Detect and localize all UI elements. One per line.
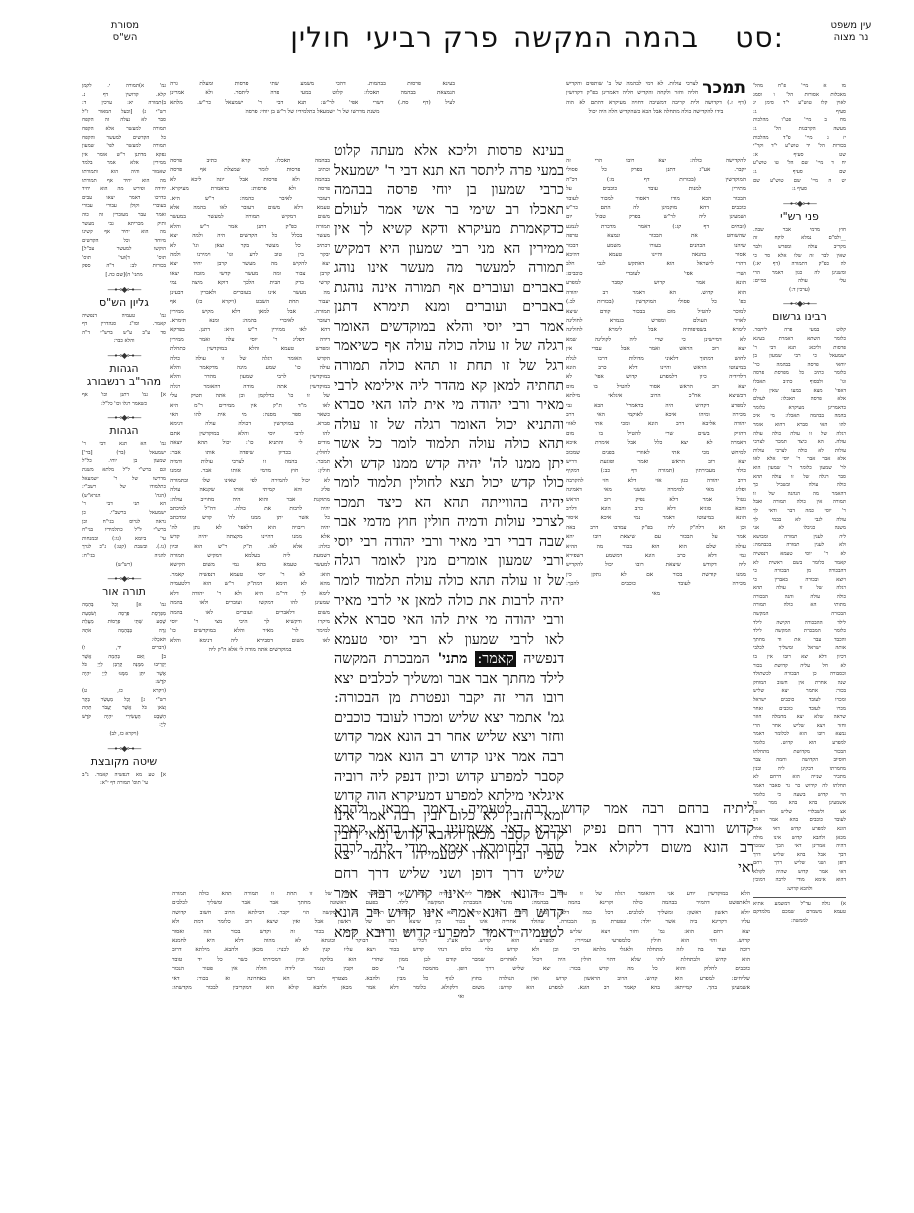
ornament-divider: —⊷◆⊶—	[753, 299, 846, 308]
tosafot-line: דכשיצא אח"כ הרוב איגלאי מילתא	[566, 392, 746, 401]
gershom-line: אותה ישראל ומשליך לכלבי	[753, 644, 846, 653]
rashi-line: מיקרו ודקשיא לך היכי מצי ר' יוסי	[170, 618, 330, 627]
shita-line: א] טע מא דנפשיה קאמר. ג"ב	[82, 771, 166, 780]
gershom-line: רגלה של זו עולה כולה עולה	[753, 430, 846, 439]
mesoret-line: בעוברי וקולן עבורי עבורי	[82, 202, 166, 211]
gemara-line: כולו קדש יכול תצא לחולין תלמוד לומר	[334, 474, 564, 494]
gershom-line: כדאמרינן מעיקרא כלומר	[753, 404, 846, 413]
gemara-line: ורבי יהודה מי אית להו האי סברא אלא	[334, 611, 564, 631]
mesoret-line: מיוחד וכל הקדשים	[82, 237, 166, 246]
gemara-line: כרבי שמעון בן יוחי פרסה בבהמה	[334, 181, 564, 201]
hagahot-line: להגיה בגי"ח:	[82, 552, 166, 561]
tosafot-line: שיהנו הכהנים בעורו משמע דבכור	[566, 242, 746, 251]
rashi-line: משום דלאברים ועוברים לאו בהמה	[170, 609, 330, 618]
hagahot-line: שמעון בן יוחי. כל"ל	[82, 457, 166, 466]
rashi-line: הוא: לא ר' יוסי טעמא דנפשיה קאמר.	[170, 571, 330, 580]
rabbeinu-gershom: קלוט במעי פרה ליתסר.כלומר השתא דאמרת בעי…	[753, 326, 846, 893]
gemara-line: תהא כולה עולה תלמוד לומר כל אשר	[334, 435, 564, 455]
ein-mishpat-line: סעיף ג:	[753, 185, 846, 194]
gemara-line: לילד מחתך אבר אבר ומשליך לכלבים יצא	[334, 670, 564, 690]
bottom-commentary-line: קדוש. והוי הוא חולין כלמפרעי ועמיירי: למ…	[172, 937, 750, 946]
ein-mishpat-line: מז א מיי' פ"ח מהל'	[753, 82, 846, 91]
bottom-commentary-line: יולא ראשון ראשון: ומשליך לכלבים. דכל כמה…	[172, 909, 750, 918]
tosafot-line: יצא רוב הראש ואמר ופוגעת דריש	[566, 458, 746, 467]
mesoret-line: שאמור והיה הוא ותמורתו	[82, 168, 166, 177]
gilyon-line: סד ע"ב ע"ש ברש"י ד"ה	[82, 329, 166, 338]
gemara-line: לצרכי עולות ודמיה חולין חוץ מדמי אבר	[334, 513, 564, 533]
gemara-line: יהיה בהווייתה תהא הא כיצד תמכר	[334, 494, 564, 514]
gershom-line: לא ר' יוסי טעמא דנפשיה	[753, 550, 846, 559]
pnei-rashi-line: לה כפ"ק דתמורה (דף יא:)	[753, 260, 846, 269]
gemara-line: של זו עולה תהא כולה עולה תלמוד לומר	[334, 572, 564, 592]
pnei-rashi-line: __ולס"ם נמלא לוקח זה	[753, 234, 846, 243]
rabbeinu-gershom-title: רבינו גרשום	[753, 310, 846, 323]
mesoret-line: ב)תמורה יא: ערכין ד:	[82, 99, 166, 108]
tosafot-line: יהודה אליבא דרב הונא ומכי אתי לאווי	[566, 420, 746, 429]
tosafot-line: נטול אמר דלא נפיק רוב הראש	[566, 496, 746, 505]
tosafot-line: אמר על הבכור עם שיצאת רובו יהא	[566, 533, 746, 542]
rashi-line: במוקדשים אתה מודה לי אלא ה"ק ליה	[170, 646, 330, 655]
gemara-line: רבה אמר אינו קדוש רב הונא אמר קדוש	[334, 748, 564, 768]
pnei-rashi-line: עלי עולה כמיים:	[753, 277, 846, 286]
gershom-line: הונא למפרע קדוש דאי אמר	[753, 825, 846, 834]
gershom-line: לעובד כוכבים בהא אמר רב	[753, 816, 846, 825]
gershom-line: סבר רגלה של זו עולה תהא	[753, 473, 846, 482]
gershom-line: ולא לענין תמורה בכבהמה:	[753, 541, 846, 550]
gemara-line: באברים ועוברים אף תמורה אינה נוהגת	[334, 279, 564, 299]
right-margin-title: עין משפט נר מצוה	[816, 20, 886, 44]
rashi-line: דעובר לאיברי בהמה: ומנא תימרא.	[170, 317, 330, 326]
gershom-line: דהאמר מה הנהגה של זו	[753, 490, 846, 499]
hagahot-line: (נו.). ובשבת (קט:) ג"כ לנרך	[82, 543, 166, 552]
rashi-line: כולה: אלא לאו. ת"ק ר"ש הוא וכיון	[170, 543, 330, 552]
chapter-name: בהמה המקשה	[513, 18, 699, 58]
rashi-line: יהיה לרבות את כולה. דה"ל למיכתב	[170, 505, 330, 514]
rashi-intro-line: לעיל (דף סח.) דשרי אפי' לר"ש: תנא דבי ר'…	[170, 99, 455, 108]
mesoret-line: סבר לא נצלה זה הקפח	[82, 116, 166, 125]
rashi-line: דשמעת ליה בעלמא דמקיש תמורה	[170, 552, 330, 561]
mesoret-line: ותיק מכריתא גבי מעשר	[82, 220, 166, 229]
rashi-line: קדשי בדק הבית הלכך דוקא מיצה נמי	[170, 279, 330, 288]
rashi-line: למימר לר' מאיר והלא במוקדשים כו'	[170, 627, 330, 636]
rashi-line: מתוקנת אבר והוא היה מחוייב עולה:	[170, 496, 330, 505]
rashi-line: דכתיב כל מעשר בקר וצאן וגו' לא	[170, 242, 330, 251]
hagahot-line: כתלמודו של רשב"י:	[82, 483, 166, 492]
tosafot-intro-line: בידו להקדישה כולה מתחלה אבל הכא כשהקדיש …	[566, 108, 746, 117]
gemara-line: יהיה לרבות את כולה למאן אי לרבי מאיר	[334, 592, 564, 612]
mesoret-line: קלא. קדושין דף נ.	[82, 91, 166, 100]
rashi-line: סברא. במוקדשין דכולה עולה דנימא	[170, 420, 330, 429]
gemara-line: לאו לרבי שמעון לא רבי יוסי טעמא	[334, 631, 564, 651]
gershom-line: עולה. הא כיצד תמכר לצרכי	[753, 438, 846, 447]
ein-mishpat-line: מעשה הקרבנות הל' ג:	[753, 125, 846, 134]
rashi-line: יהיה ריבויה הוא דלאפי' לא נתן לה'	[170, 524, 330, 533]
gershom-line: ומכרו לעובד כוכבים ישראל	[753, 696, 846, 705]
rashi-line: וכתיב פרסות לומר שמצלת אף פרסה	[170, 166, 330, 175]
torah-or-line: מַפְרֶסֶת פַּרְסָה וְשֹׁסַעַת	[82, 610, 166, 619]
ornament-divider: —⊷◆⊶—	[82, 744, 166, 753]
gershom-line: דהיה אמרינן דאי הבך שמכר	[753, 842, 846, 851]
bottom-commentary-line: הלא במוקדשין יודע אני דהאומר רגלה של זו …	[172, 890, 750, 899]
chapter-number: פרק רביעי	[366, 18, 499, 58]
gershom-line: להו האי סברא דהוא אומר	[753, 421, 846, 430]
tosafot-line: הונא במיעוטו דאמר נמי איכא איסור	[566, 514, 746, 523]
tosafot-start-word: תמכר	[702, 80, 746, 96]
rashi-intro: בעינא פרסות בבהמות. דהכי משמע שתי פרסות …	[170, 80, 455, 118]
gershom-line: תמורה אין כולה תמורה ואבל	[753, 498, 846, 507]
tosafot-line: דרב יהודה כגון אזי דלא חזי להקרבה	[566, 477, 746, 486]
tosafot-line: כפ' כל פסולי המוקדשין (בכורות לב.)	[566, 298, 746, 307]
bottom-commentary-line: יצא רחם הוא: גמ' וחזר ויצא שליש אחר. והו…	[172, 928, 750, 937]
gershom-line: מתכיר שנייה הוא דרחם לא	[753, 773, 846, 782]
gershom-line: דהבכורה מן הבכורה כי	[753, 567, 846, 576]
tosafot-line: דהרי לישראל הוא דאתקש לגבי חלב	[566, 260, 746, 269]
torah-or-line: (דברים יד, ו)	[82, 644, 166, 653]
ein-mishpat: מז א מיי' פ"ח מהל'מאכלות אסורות הל' ו וס…	[753, 82, 846, 194]
tosafot-line: הבכור הכא מודו דאסור למכור לעובד	[566, 195, 746, 204]
rashi-body: בבהמה תאכלו. קרא כתיב פרסהוכתיב פרסות לו…	[170, 157, 330, 656]
tosafot-line: עולה שלם הוא הוא בכור מה ההיא	[566, 543, 746, 552]
rashi-line: דעובר לאיבר כהמה: ר"ש היא.	[170, 195, 330, 204]
hagahot-line: עי' ביומא (נו:) ובמנחות	[82, 535, 166, 544]
tosafot-line: יצא רוב הראש ואמר אבל עבדי אין	[566, 345, 746, 354]
torah-or-line: גֵּרָה בַּבְּהֵמָה אֹתָהּ	[82, 627, 166, 636]
tosafot-line: ליה דקודש שיצאת רובו יכול להקדיש	[566, 561, 746, 570]
shita-mekubetzet: א] טע מא דנפשיה קאמר. ג"בעי' תוס' תמורה …	[82, 771, 166, 788]
ein-mishpat-line: לאוין קלו טוש"ע י"ד סימן יג	[753, 99, 846, 108]
gershom-line: ויוצא ובכורה באברין כי	[753, 576, 846, 585]
gershom-line: אלא פרסה תאכלו: לעולם	[753, 395, 846, 404]
mesoret-line: גמ' א)תמורה י. לקמן	[82, 82, 166, 91]
gemara-line: תאכלו רב שימי בר אשי אמר לעולם	[334, 201, 564, 221]
rashi-line: למעשר טעמא בהא נמי משום הקישא	[170, 561, 330, 570]
tosafot-line: מאי	[566, 590, 746, 599]
hagahot-line: גמ' הא תנא דבי ר'	[82, 440, 166, 449]
tosafot-line: מתירין למנות עובד כוכבים על	[566, 185, 746, 194]
torah-or-line: תֹּאכֵלוּ:	[82, 636, 166, 645]
tosafot-line: דלדידיה כיון דלמפרע קדוש אפי' לא	[566, 373, 746, 382]
ornament-divider: —⊷◆⊶—	[82, 285, 166, 294]
gershom-line: לר' שמעון כלומר ר' שמעון הוא	[753, 464, 846, 473]
gemara-line: בעינא פרסות וליכא אלא מעתה קלוט	[334, 142, 564, 162]
rashi-line: דהא לאו ממירין ר"ש היא: דתנן. בפרקא	[170, 326, 330, 335]
gemara-line: כדקאמרת מעיקרא ודקא קשיא לך אין	[334, 220, 564, 240]
tosafot-line: אסור בהנאה והיינו טעמא דהיכא	[566, 251, 746, 260]
rashi-line: תמכר. בהמה זו לצרכי עולות ודמיה	[170, 458, 330, 467]
gershom-line: רגלה של זו עולה תהא	[753, 584, 846, 593]
rashi-line: לחולין. בכדיון שיפדה אותו אבר:	[170, 449, 330, 458]
tosafot-line: למיחש מכי אתי לאוורי בפנים שמכוב	[566, 449, 746, 458]
gershom-line: בהמה בבהמה תאכלו: מי איכ	[753, 412, 846, 421]
gershom-line: יוחאי פרסה בבהמה כר'	[753, 361, 846, 370]
hagahot-line: ישמעאל (בר) [בר']	[82, 449, 166, 458]
gershom-line: הוי קדוש בשעה כי כלומר	[753, 791, 846, 800]
mesoret-line: כדרכו דאמר יצאו עבים	[82, 194, 166, 203]
rashi-line: לא יכול להמירה לפי שאינו שלו ובתמורה	[170, 477, 330, 486]
right-margin-column: מז א מיי' פ"ח מהל'מאכלות אסורות הל' ו וס…	[753, 82, 846, 925]
tosafot-line: לימרא בשפיפותיה אבל לימרא לחולינה	[566, 326, 746, 335]
tosafot-line: ופליג מאי למימרה ומשני מאי דאמינה	[566, 486, 746, 495]
tosafot-line: יקבר. אע"ג דתנן בפרק כל פסולי	[566, 166, 746, 175]
tosafot-line: והכא סוגיא דלא כרב הונא דלרב	[566, 505, 746, 514]
gilyon-line: קאמר. וסו"ג סנהדרין דף	[82, 320, 166, 329]
torah-or-line: (ויקרא כז, לב)	[82, 730, 166, 739]
ein-mishpat-line: יז ג מיי' פ"ד מהלכות	[753, 134, 846, 143]
tosafot-line: להקדישה כולה: יצא רובו הרי זה	[566, 157, 746, 166]
rashi-line: מודים לי והתניא כו': יכול תהא יוצאה	[170, 439, 330, 448]
hagahot-line: (רש"ש)	[82, 561, 166, 570]
gershom-line: קלוט במעי פרה ליתסר.	[753, 326, 846, 335]
torah-or-line: לַיְיָ:	[82, 721, 166, 730]
gershom-line: וחזר ויצא שליש אחר הרי	[753, 722, 846, 731]
gemara-line: במעי פרה ליתסר הא תנא דבי ר' ישמעאל	[334, 162, 564, 182]
ornament-divider: —⊷◆⊶—	[82, 574, 166, 583]
tosafot-intro-line: (דף ז.) דקדושה ולית קריבה דמשיבה דחויה מ…	[566, 99, 746, 108]
tosafot-line: (זבחים דף קג:) דאמר מדכרת לנמנע	[566, 223, 746, 232]
ein-mishpat-line: סעיף ג:	[753, 108, 846, 117]
gershom-line: מחמרתו דבקינן ליה ובנין	[753, 765, 846, 774]
rashi-line: לאו משום דסבירא ליה דנימא והלא	[170, 637, 330, 646]
tosafot-line: וכן הא דלה"ק ליה בפ"ק עמדבו דרב באה	[566, 524, 746, 533]
footnote: א) גולה עד"ל דמשמע אתיאטעמא משמרם שמכם מ…	[753, 900, 846, 926]
rashi-line: יעבור תחת השבט (ויקרא כז) אף	[170, 298, 330, 307]
gershom-line: שנה אחרת אין חשוב המוחק	[753, 679, 846, 688]
tosafot-line: ושרי אפי' לעובדי כוכבים:	[566, 270, 746, 279]
hagahot: גמ' הא תנא דבי ר'ישמעאל (בר) [בר']שמעון …	[82, 440, 166, 569]
gemara-line: רובו הרי זה יקבר ונפטרת מן הבכורה:	[334, 689, 564, 709]
gemara-wide-line: רב הונא משום דלקולא אבל בהך דלחומרא אימא…	[334, 839, 754, 859]
rashi-line: חולין: חוץ מדמי אותו אבר. וממנו	[170, 467, 330, 476]
highlighted-word[interactable]: קאמר:	[475, 651, 515, 667]
mesoret-line: בכורות לב: ד"ה ספק	[82, 262, 166, 271]
shita-mekubetzet-title: שיטה מקובצת	[82, 755, 166, 768]
gemara-line: ורבי שמעון אומרים מנין לאומר רגלה	[334, 552, 564, 572]
gemara-wide-line: ליתיה ברחם רבה אמר קדוש רבה לטעמיה דאמר …	[334, 800, 754, 820]
bottom-commentary-line: הוא קדוש ולבתחלת לזהו שלא דהוי חולין היה…	[172, 956, 750, 965]
gershom-line: ר' יוסי כמה דבר ודאי לך	[753, 507, 846, 516]
gemara-line: תמורה למעשר מה מעשר אינו נוהג	[334, 259, 564, 279]
rashi-line: קרבן צבור ומה מעשר קדשי מזבח יצאו	[170, 270, 330, 279]
gershom-line: הבכורה המקשה	[753, 610, 846, 619]
left-margin-title: מסורת הש"ס	[85, 20, 165, 44]
torah-or-line: רש"י ג] וְכָל מַעְשַׂר בָּקָר	[82, 696, 166, 705]
mesoret-line: יחידה ופירש מה הוא יחיד	[82, 185, 166, 194]
rashi-intro-line: משנת מדרשו של ר' ישמעאל כתלמידיו של ר"ש …	[170, 108, 455, 117]
rashi-line: במוקדשין לרבי שמעון מהדר והלא	[170, 373, 330, 382]
tosafot-line: מכירה לעובד כוכבים להכך:	[566, 580, 746, 589]
gilyon-line: גמ' טעמיה דנפשיה	[82, 312, 166, 321]
footnote-line: לממשה:	[753, 917, 846, 926]
tosafot-line: כולד מעבירתין (תמורה דף כב:) דמקיף	[566, 467, 746, 476]
pnei-rashi-line: חוץ מדמי אבר שבה.	[753, 226, 846, 235]
pnei-rashi-title: פני רש"י	[753, 210, 846, 223]
gemara-line: וחזר ויצא שליש אחר רב הונא אמר קדוש	[334, 728, 564, 748]
rashi-line: תמורה. אבל למאן דלא מקיש ממירין	[170, 308, 330, 317]
gemara-line: ממירין הא מני רבי שמעון היא דמקיש	[334, 240, 564, 260]
gershom-line: דאי אמר קדוש שהיה לקולא	[753, 868, 846, 877]
tosafot-line: יצא רוב הראש אסור להטיל בו מום	[566, 383, 746, 392]
rashi-line: כשאר ספר מסנה: מי אית להו האי	[170, 411, 330, 420]
gemara-line: באברים ועוברים ומנא תימרא דתנן	[334, 298, 564, 318]
hagahot-line: הא תני דבי ר'	[82, 500, 166, 509]
rashi-line: אלא ממנו דהיינו מקצתה יהיה קדש	[170, 533, 330, 542]
tosafot-line: ושמעינן ליה לר"ש בפרק טבול יום	[566, 213, 746, 222]
ornament-divider: —⊷◆⊶—	[82, 351, 166, 360]
gershom-line: למפרע הוא קדוש. כלומר	[753, 739, 846, 748]
gershom-line: וגו' ולבסוף כתיב תאכלו	[753, 378, 846, 387]
hagahot-line: נראה לגרוס בגי"ח וכן	[82, 518, 166, 527]
gershom-line: עולה לגבי לא בבמי לך	[753, 516, 846, 525]
hagahot-title: הגהות	[82, 424, 166, 437]
gilyon-line: והלא כבר:	[82, 337, 166, 346]
torah-or-line: שֶׁסַע שְׁתֵּי פְרָסוֹת מַעֲלַת	[82, 618, 166, 627]
ein-mishpat-line: שם סעיף ג:	[753, 168, 846, 177]
tosafot-line: לחוש דמתוך דלאוני מדולות דרכו לנלת	[566, 355, 746, 364]
rashi-line: כל אשר יתן ממנו לה' קדש ומדכתב	[170, 514, 330, 523]
torah-or: גמ' א] וְכָל בְּהֵמָהמַפְרֶסֶת פַּרְסָה …	[82, 601, 166, 739]
tosafot-line: למוכר להטיל מום בבכור קודם שיצא	[566, 308, 746, 317]
gershom-line: אצ ולשבלויי שליש ראשון	[753, 808, 846, 817]
gemara-line: שבה דברי רבי מאיר ורבי יהודה רבי יוסי	[334, 533, 564, 553]
gershom-line: מתותי הא כולה תמורה	[753, 601, 846, 610]
mesoret-hashas: גמ' א)תמורה י. לקמןקלא. קדושין דף נ.ב)תמ…	[82, 82, 166, 280]
gershom-line: עולות לא כולה לצרכי עולות	[753, 447, 846, 456]
mesoret-line: תוס' ד)ועי' תוס'	[82, 254, 166, 263]
torah-or-line: גמ' א] וְכָל בְּהֵמָה	[82, 601, 166, 610]
gemara-line: והתניא יכול האומר רגלה של זו עולה	[334, 416, 564, 436]
tosafot-column: תמכר לצרכי עולות. לא דמי לבהמה של ב' שות…	[566, 80, 746, 118]
gershom-line: מכרו לעובד כוכבים ואחר	[753, 705, 846, 714]
gershom-line: הבכור מקדושת מתחלתו	[753, 748, 846, 757]
gemara-line: מאיר ורבי יהודה מי אית להו האי סברא	[334, 396, 564, 416]
rashi-line: הקדש האומר רגלה של זו עולה כולה	[170, 355, 330, 364]
tosafot-line: דהזיק בשים שרי להטיל בו מום	[566, 430, 746, 439]
hagahot-line: ברש"י ל"ל כתלמידיו בגי"ח	[82, 526, 166, 535]
tosafot-line: הוא קדוש. הא דאמר רב יהודה	[566, 289, 746, 298]
rashi-line: עולה כו' שמע מינה מדקאמר והלא	[170, 364, 330, 373]
gershom-line: כלומר השתא דאמרת בעינא	[753, 335, 846, 344]
ornament-divider: —⊷◆⊶—	[753, 199, 846, 208]
pnei-rashi-line: שאין לבר זה שלו אלא סר כי	[753, 252, 846, 261]
shita-line: עי' תוס' תמורה דף י"א:	[82, 779, 166, 788]
gershom-line: כלומר המבכרת המקשה לילד	[753, 627, 846, 636]
gershom-line: משנה כגיבלו לא אני	[753, 524, 846, 533]
ein-mishpat-line: מאכלות אסורות הל' ו וסמג	[753, 91, 846, 100]
footnote-line: א) גולה עד"ל דמשמע אתיא	[753, 900, 846, 909]
ein-mishpat-line: בכורות הל' יד טוש"ע י"ד וקר"י	[753, 142, 846, 151]
tosafot-line: לאויר העולם ומפרש בגמרא לחולינה	[566, 317, 746, 326]
gemara-wide-line: ואי	[334, 859, 754, 879]
gershom-line: כלומר כתיב כל מפרסת פרסה	[753, 369, 846, 378]
gemara-line: קסבר למפרע קדוש וכיון דנפק ליה רוביה	[334, 768, 564, 788]
gershom-line: בכור: אתמר יצא שליש	[753, 687, 846, 696]
gershom-line: לילד ההבכורה הקישה לילד	[753, 619, 846, 628]
tosafot-intro: תמכר לצרכי עולות. לא דמי לבהמה של ב' שות…	[566, 80, 746, 118]
rashi-line: להו לרבי יוסי והלא במוקדשין אתם	[170, 430, 330, 439]
gemara-wide-line: קדוש ורובא דרך רחם נפיק וצריכא דאי אשמעי…	[334, 820, 754, 840]
mesoret-line: רש"י ג) [וכעל המאור ז"ל	[82, 108, 166, 117]
gershom-line: ליה לענין תמורה ומבושא	[753, 533, 846, 542]
ornament-divider: —⊷◆⊶—	[82, 413, 166, 422]
gershom-line: ולהבא קדוש:	[753, 885, 846, 894]
folio-number: סט:	[735, 18, 784, 58]
tosafot-line: המוקדשין (בכורות דף מ:) דכ"ה	[566, 176, 746, 185]
rashi-line: פליג והא קמיתי אותו שקנאה עולה	[170, 486, 330, 495]
rashi-line: שמעינן להו דמקשו ועוברים ולאו בהמה	[170, 599, 330, 608]
gershom-line: תחלתו לה קידוש כר גר סאבר דאמר	[753, 782, 846, 791]
hagahot-line: (הגה' הגרא"ש)	[82, 492, 166, 501]
gershom-line: לא חל עליה קדושת בכור	[753, 662, 846, 671]
page-header: עין משפט נר מצוה סט: בהמה המקשה פרק רביע…	[0, 20, 914, 60]
hagahot-line: ישמעאל ברשב"י. כן	[82, 509, 166, 518]
gershom-line: אלא אבר אבר ר' יוסי אלא לאו	[753, 455, 846, 464]
gilyon-hashas: גמ' טעמיה דנפשיהקאמר. וסו"ג סנהדרין דףסד…	[82, 312, 166, 346]
gershom-line: פרסות וליכא: תנא דבי ר'	[753, 344, 846, 353]
torah-or-line: יַקְרִיבוּ מִמֶּנָּה קָרְבָּן לַיְיָ כֹּ…	[82, 661, 166, 670]
bottom-commentary-line: אשמעינן בהך. קמייתא: בהא קאמר רב הונא. ל…	[172, 984, 750, 993]
torah-or-line: ב] וְאִם בְּהֵמָה אֲשֶׁר	[82, 653, 166, 662]
ein-mishpat-line: יח ד מיי' שם הל' טו טוש"ע	[753, 159, 846, 168]
tosafot-line: כוכבים דהא מוקמינן לה התם כר"ש	[566, 204, 746, 213]
torah-or-line: (ויקרא כז, ט)	[82, 687, 166, 696]
gershom-line: דופן ושני שליש דרך רחם	[753, 859, 846, 868]
rashi-line: תמורה כפ"ק דתנן אמר ר"ש והלא	[170, 223, 330, 232]
torah-or-title: תורה אור	[82, 585, 166, 598]
mesoret-line: תמורה למעשר לפי' שמעון	[82, 142, 166, 151]
tosafot-line: מכירה ומיהו איכא לאוקמי האי דרב	[566, 411, 746, 420]
tosafot-line: לא דמיישינן כי שרי ליה לקולינה שמא	[566, 336, 746, 345]
rashi-intro-line: בעינא פרסות בבהמות. דהכי משמע שתי פרסות …	[170, 80, 455, 89]
gemara-line: יתן ממנו לה' יהיה קדש ממנו קדש ולא	[334, 455, 564, 475]
tosafot-body: להקדישה כולה: יצא רובו הרי זהיקבר. אע"ג …	[566, 157, 746, 599]
gemara-line: גמ' אתמר יצא שליש ומכרו לעובד כוכבים	[334, 709, 564, 729]
bottom-commentary-line: שליחים: למפרע הוא קדוש. הרוב הראשון קדוש…	[172, 975, 750, 984]
gershom-line: כולה עולה והגה הבכורה	[753, 593, 846, 602]
pnei-rashi-line: ומשנינן לה כגון דאמר הרי	[753, 269, 846, 278]
pnei-rashi: חוץ מדמי אבר שבה.__ולס"ם נמלא לוקח זהמקר…	[753, 226, 846, 295]
footnote-rule	[753, 897, 846, 898]
tosafot-line: למפרע דקדוש היה כדאמרי' הכא גבי	[566, 402, 746, 411]
tosafot-line: הונא אמר קדוש קסבר למפרע	[566, 279, 746, 288]
rashi-line: לימא לך דר"מ היא ולא ר' יהודה דלא	[170, 590, 330, 599]
mesoret-line: ואמר עבר מעוברין זה כוה	[82, 211, 166, 220]
rashi-line: משום דמקיש תמורה למעשר במעשר	[170, 213, 330, 222]
gemara-line: רגלה של זו עולה כולה עולה אף כשיאמר	[334, 337, 564, 357]
rashi-line: ומפרש טעמא והלא במוקדשין כתחלת	[170, 345, 330, 354]
maharab-line: א] גמ' דתנן וכו' אף	[82, 391, 166, 400]
bottom-commentary: הלא במוקדשין יודע אני דהאומר רגלה של זו …	[172, 890, 750, 1003]
rashi-line: טעמא דלא משום דעובר לאו בהמה אלא	[170, 204, 330, 213]
mishna-marker: מתני'	[430, 651, 476, 667]
mesoret-line: כל הקדשים למעשר והקפח	[82, 134, 166, 143]
mesoret-line: נפקא מדתנן ר"ש אומר אין	[82, 151, 166, 160]
rashi-line: פרסה ולא פרסות: כדאמרת מעיקרא.	[170, 185, 330, 194]
mesoret-line: מתני' ה)[שם כה.]	[82, 271, 166, 280]
rashi-line: של זו כו' כדלקמן וכן אתה תטיק עלי	[170, 392, 330, 401]
tosafot-line: גמי דלא כרב הונא דמשמע דשפירא	[566, 552, 746, 561]
tosafot-line: דאמרה לא יצא כלל אבל אימרת איכא	[566, 439, 746, 448]
bottom-commentary-line: עליו דקרינא ביה אשר יולד: ונפטרת מן הבכו…	[172, 918, 750, 927]
bottom-commentary-line: ולאתפשט דהמיר בבהמה כולה וקרינא בהמה בבה…	[172, 899, 750, 908]
bottom-commentary-line: ואי	[172, 993, 750, 1002]
rashi-line: בבהמה ולא פרסות אבל יונה ליכא לא	[170, 176, 330, 185]
tosafot-line: שהשוחט את הבכור ונמצא טרפה	[566, 232, 746, 241]
gershom-line: חוסיוב הקדושה וחמה צבר	[753, 756, 846, 765]
hagahot-line: וגם ברש"י ל"ל מלתא משנת	[82, 466, 166, 475]
pnei-rashi-line: (ערכין ד:)	[753, 286, 846, 295]
gershom-line: דכיון דלא יצא רובו אין בו	[753, 653, 846, 662]
rashi-line: במוקדשין אתה מודה דהאומר רגלה	[170, 383, 330, 392]
